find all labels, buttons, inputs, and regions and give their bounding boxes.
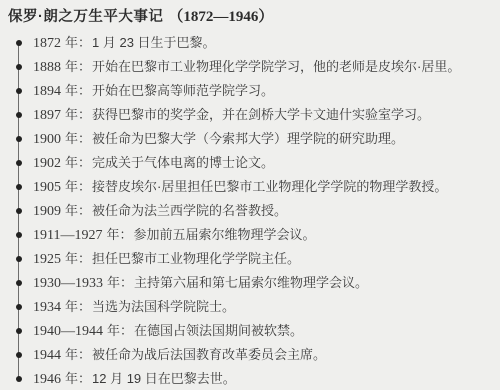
bullet-dot-icon <box>16 40 22 46</box>
entry-year-suffix: 年： <box>65 251 91 266</box>
page-title-year-range: （1872—1946） <box>168 9 273 25</box>
entry-text: 被任命为巴黎大学（今索邦大学）理学院的研究助理。 <box>92 131 404 146</box>
timeline-entry: 1894年：开始在巴黎高等师范学院学习。 <box>0 79 500 103</box>
timeline: 1872年：1 月 23 日生于巴黎。 1888年：开始在巴黎市工业物理化学学院… <box>0 31 500 390</box>
entry-year-suffix: 年： <box>65 347 91 362</box>
bullet-dot-icon <box>16 256 22 262</box>
timeline-entry: 1909年：被任命为法兰西学院的名誉教授。 <box>0 199 500 223</box>
timeline-entry: 1946年：12 月 19 日在巴黎去世。 <box>0 367 500 390</box>
entry-year-suffix: 年： <box>65 83 91 98</box>
entry-text: 12 月 19 日在巴黎去世。 <box>92 371 236 386</box>
entry-year: 1897 <box>33 108 61 123</box>
entry-year-suffix: 年： <box>65 299 91 314</box>
bullet-dot-icon <box>16 376 22 382</box>
entry-year: 1911—1927 <box>33 228 102 243</box>
bullet-dot-icon <box>16 136 22 142</box>
bullet-dot-icon <box>16 88 22 94</box>
entry-year-suffix: 年： <box>65 179 91 194</box>
page-title-text: 保罗·朗之万生平大事记 <box>8 9 163 25</box>
entry-year: 1944 <box>33 348 61 363</box>
entry-year-suffix: 年： <box>65 155 91 170</box>
entry-year-suffix: 年： <box>65 203 91 218</box>
entry-year: 1902 <box>33 156 61 171</box>
timeline-entry: 1902年：完成关于气体电离的博士论文。 <box>0 151 500 175</box>
bullet-dot-icon <box>16 328 22 334</box>
entry-text: 开始在巴黎市工业物理化学学院学习，他的老师是皮埃尔·居里。 <box>92 59 460 74</box>
timeline-entry: 1888年：开始在巴黎市工业物理化学学院学习，他的老师是皮埃尔·居里。 <box>0 55 500 79</box>
entry-text: 参加前五届索尔维物理学会议。 <box>134 227 316 242</box>
entry-year-suffix: 年： <box>107 323 133 338</box>
entry-year-suffix: 年： <box>65 107 91 122</box>
timeline-entry: 1905年：接替皮埃尔·居里担任巴黎市工业物理化学学院的物理学教授。 <box>0 175 500 199</box>
entry-year-suffix: 年： <box>106 227 132 242</box>
entry-year: 1930—1933 <box>33 276 103 291</box>
entry-year: 1900 <box>33 132 61 147</box>
entry-text: 被任命为战后法国教育改革委员会主席。 <box>92 347 326 362</box>
timeline-entry: 1897年：获得巴黎市的奖学金，并在剑桥大学卡文迪什实验室学习。 <box>0 103 500 127</box>
timeline-entry: 1872年：1 月 23 日生于巴黎。 <box>0 31 500 55</box>
entry-text: 获得巴黎市的奖学金，并在剑桥大学卡文迪什实验室学习。 <box>92 107 430 122</box>
entry-year: 1940—1944 <box>33 324 103 339</box>
entry-year: 1872 <box>33 36 61 51</box>
timeline-entry: 1940—1944年：在德国占领法国期间被软禁。 <box>0 319 500 343</box>
bullet-dot-icon <box>16 160 22 166</box>
bullet-dot-icon <box>16 208 22 214</box>
entry-text: 开始在巴黎高等师范学院学习。 <box>92 83 274 98</box>
entry-year: 1946 <box>33 372 61 387</box>
bullet-dot-icon <box>16 112 22 118</box>
entry-text: 当选为法国科学院院士。 <box>92 299 235 314</box>
entry-year-suffix: 年： <box>65 131 91 146</box>
entry-text: 接替皮埃尔·居里担任巴黎市工业物理化学学院的物理学教授。 <box>92 179 447 194</box>
entry-text: 完成关于气体电离的博士论文。 <box>92 155 274 170</box>
entry-year-suffix: 年： <box>107 275 133 290</box>
entry-text: 1 月 23 日生于巴黎。 <box>92 35 216 50</box>
timeline-entry: 1900年：被任命为巴黎大学（今索邦大学）理学院的研究助理。 <box>0 127 500 151</box>
entry-year: 1905 <box>33 180 61 195</box>
bullet-dot-icon <box>16 352 22 358</box>
timeline-entry: 1911—1927年：参加前五届索尔维物理学会议。 <box>0 223 500 247</box>
document-page: 保罗·朗之万生平大事记（1872—1946） 1872年：1 月 23 日生于巴… <box>0 0 500 390</box>
bullet-dot-icon <box>16 232 22 238</box>
entry-text: 担任巴黎市工业物理化学学院主任。 <box>92 251 300 266</box>
entry-year: 1888 <box>33 60 61 75</box>
timeline-entry: 1925年：担任巴黎市工业物理化学学院主任。 <box>0 247 500 271</box>
entry-year-suffix: 年： <box>65 59 91 74</box>
entry-text: 被任命为法兰西学院的名誉教授。 <box>92 203 287 218</box>
entry-year-suffix: 年： <box>65 371 91 386</box>
timeline-entries: 1872年：1 月 23 日生于巴黎。 1888年：开始在巴黎市工业物理化学学院… <box>0 31 500 390</box>
entry-year-suffix: 年： <box>65 35 91 50</box>
bullet-dot-icon <box>16 304 22 310</box>
bullet-dot-icon <box>16 280 22 286</box>
entry-text: 主持第六届和第七届索尔维物理学会议。 <box>134 275 368 290</box>
page-title: 保罗·朗之万生平大事记（1872—1946） <box>8 5 273 26</box>
timeline-entry: 1930—1933年：主持第六届和第七届索尔维物理学会议。 <box>0 271 500 295</box>
timeline-entry: 1934年：当选为法国科学院院士。 <box>0 295 500 319</box>
entry-year: 1934 <box>33 300 61 315</box>
entry-year: 1894 <box>33 84 61 99</box>
entry-year: 1909 <box>33 204 61 219</box>
timeline-entry: 1944年：被任命为战后法国教育改革委员会主席。 <box>0 343 500 367</box>
entry-year: 1925 <box>33 252 61 267</box>
bullet-dot-icon <box>16 184 22 190</box>
bullet-dot-icon <box>16 64 22 70</box>
entry-text: 在德国占领法国期间被软禁。 <box>134 323 303 338</box>
